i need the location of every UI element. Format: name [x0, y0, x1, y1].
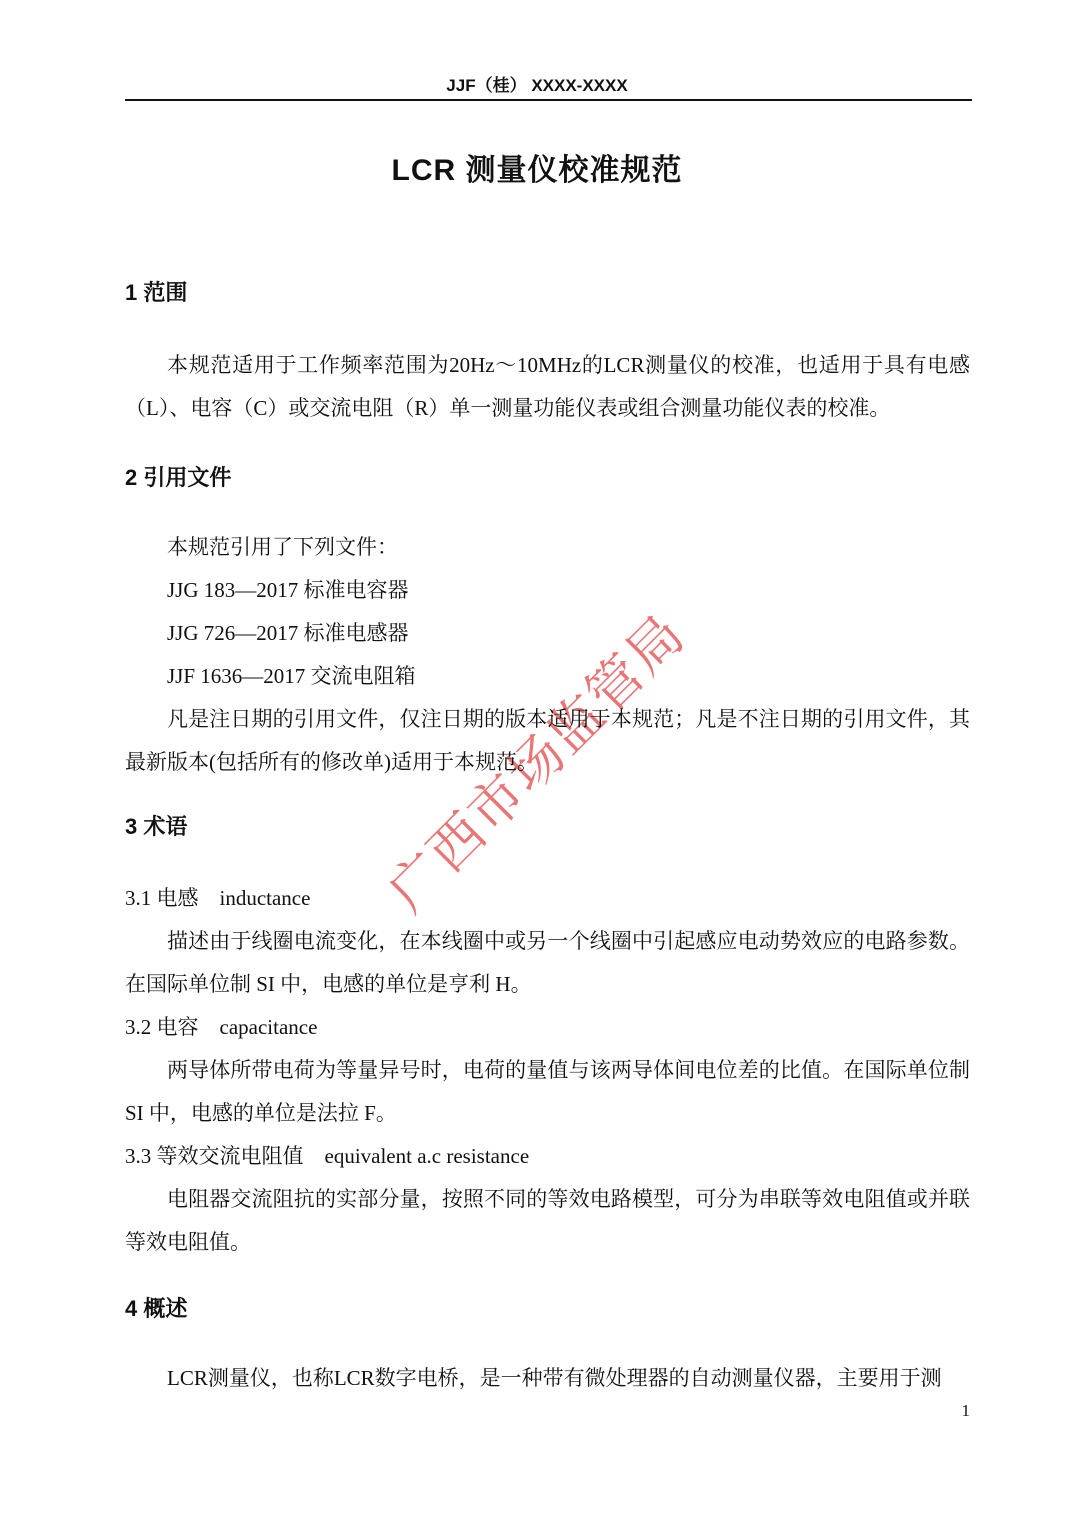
- references-note: 凡是注日期的引用文件，仅注日期的版本适用于本规范；凡是不注日期的引用文件，其最新…: [125, 698, 970, 784]
- section-terms-body: 3.1 电感 inductance 描述由于线圈电流变化，在本线圈中或另一个线圈…: [125, 877, 970, 1264]
- page-header-doc-number: JJF（桂） XXXX-XXXX: [0, 76, 1074, 96]
- section-heading-terms: 3 术语: [125, 814, 970, 840]
- term-label-equivalent-ac-resistance: 3.3 等效交流电阻值 equivalent a.c resistance: [125, 1135, 970, 1178]
- term-definition-inductance: 描述由于线圈电流变化，在本线圈中或另一个线圈中引起感应电动势效应的电路参数。在国…: [125, 920, 970, 1006]
- reference-item: JJG 726—2017 标准电感器: [125, 612, 970, 655]
- section-scope-body: 本规范适用于工作频率范围为20Hz～10MHz的LCR测量仪的校准，也适用于具有…: [125, 344, 970, 430]
- section-heading-scope: 1 范围: [125, 280, 970, 306]
- references-intro: 本规范引用了下列文件：: [125, 526, 970, 569]
- document-title: LCR 测量仪校准规范: [0, 154, 1074, 188]
- reference-item: JJF 1636—2017 交流电阻箱: [125, 655, 970, 698]
- overview-paragraph: LCR测量仪，也称LCR数字电桥，是一种带有微处理器的自动测量仪器，主要用于测: [125, 1357, 970, 1400]
- term-definition-capacitance: 两导体所带电荷为等量异号时，电荷的量值与该两导体间电位差的比值。在国际单位制 S…: [125, 1049, 970, 1135]
- section-references-body: 本规范引用了下列文件： JJG 183—2017 标准电容器 JJG 726—2…: [125, 526, 970, 784]
- section-overview-body: LCR测量仪，也称LCR数字电桥，是一种带有微处理器的自动测量仪器，主要用于测: [125, 1357, 970, 1400]
- page-number: 1: [125, 1400, 970, 1422]
- term-definition-equivalent-ac-resistance: 电阻器交流阻抗的实部分量，按照不同的等效电路模型，可分为串联等效电阻值或并联等效…: [125, 1178, 970, 1264]
- scope-paragraph: 本规范适用于工作频率范围为20Hz～10MHz的LCR测量仪的校准，也适用于具有…: [125, 344, 970, 430]
- section-heading-overview: 4 概述: [125, 1296, 970, 1322]
- reference-item: JJG 183—2017 标准电容器: [125, 569, 970, 612]
- section-heading-references: 2 引用文件: [125, 465, 970, 491]
- term-label-capacitance: 3.2 电容 capacitance: [125, 1006, 970, 1049]
- term-label-inductance: 3.1 电感 inductance: [125, 877, 970, 920]
- document-page: 广西市场监管局 JJF（桂） XXXX-XXXX LCR 测量仪校准规范 1 范…: [0, 0, 1074, 1520]
- header-rule: [125, 99, 972, 101]
